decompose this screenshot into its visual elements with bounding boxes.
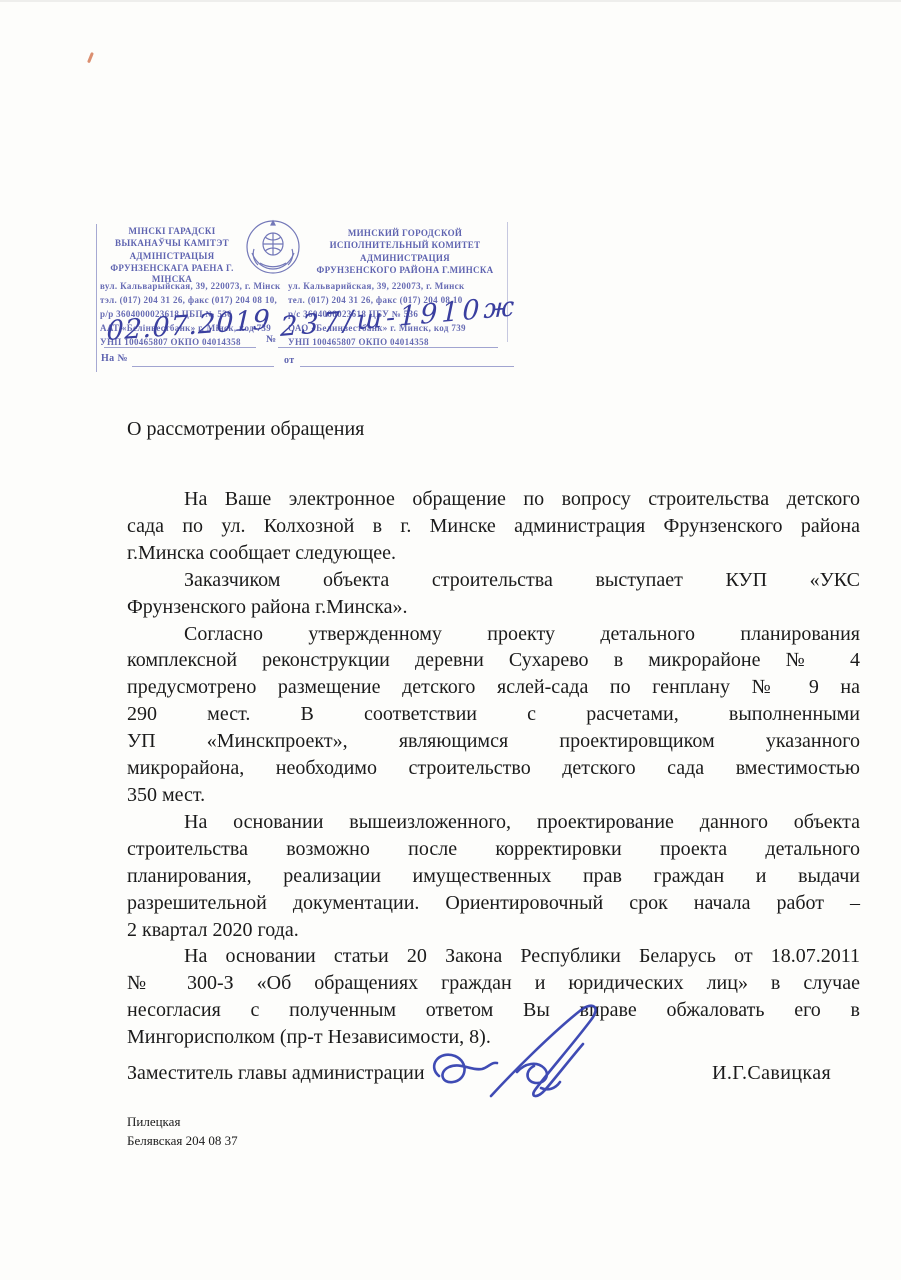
signer-position-label: Заместитель главы администрации: [127, 1062, 425, 1085]
paragraph: Заказчиком объекта строительства выступа…: [127, 567, 860, 621]
org-line: АДМІНІСТРАЦЫЯ: [98, 251, 246, 263]
stamp-border-right: [507, 222, 508, 342]
ot-label: от: [284, 355, 295, 366]
signer-name: И.Г.Савицкая: [712, 1062, 831, 1085]
org-line: АДМИНИСТРАЦИЯ: [304, 253, 506, 265]
address-line: ул. Кальварийская, 39, 220073, г. Минск: [288, 279, 506, 293]
text-line: 350 мест.: [127, 782, 860, 809]
text-line: Заказчиком объекта строительства выступа…: [127, 567, 860, 594]
number-field-underline: [278, 347, 498, 348]
text-line: микрорайона, необходимо строительство де…: [127, 755, 860, 782]
na-number-underline: [132, 366, 274, 367]
executor-block: Пилецкая Белявская 204 08 37: [127, 1112, 238, 1150]
letter-body: О рассмотрении обращения На Ваше электро…: [127, 416, 860, 1051]
text-line: строительства возможно после корректиров…: [127, 836, 860, 863]
text-line: предусмотрено размещение детского яслей-…: [127, 674, 860, 701]
text-line: 2 квартал 2020 года.: [127, 917, 860, 944]
text-line: г.Минска сообщает следующее.: [127, 540, 860, 567]
coat-of-arms-seal-icon: [244, 219, 302, 277]
scanned-letter-page: МІНСКІ ГАРАДСКІ ВЫКАНАЎЧЫ КАМІТЭТ АДМІНІ…: [0, 0, 901, 1280]
red-pen-mark: [87, 52, 93, 63]
na-number-label: На №: [101, 353, 128, 364]
letter-subject: О рассмотрении обращения: [127, 416, 860, 443]
letterhead-stamp: МІНСКІ ГАРАДСКІ ВЫКАНАЎЧЫ КАМІТЭТ АДМІНІ…: [96, 222, 508, 374]
org-name-russian: МИНСКИЙ ГОРОДСКОЙ ИСПОЛНИТЕЛЬНЫЙ КОМИТЕТ…: [304, 228, 506, 276]
stamp-border-left: [96, 224, 97, 372]
text-line: планирования, реализации имущественных п…: [127, 863, 860, 890]
date-field-underline: [104, 347, 256, 348]
org-name-belarusian: МІНСКІ ГАРАДСКІ ВЫКАНАЎЧЫ КАМІТЭТ АДМІНІ…: [98, 226, 246, 286]
text-line: Фрунзенского района г.Минска».: [127, 594, 860, 621]
text-line: На основании статьи 20 Закона Республики…: [127, 943, 860, 970]
signature-scribble-icon: [425, 1000, 615, 1110]
org-line: МИНСКИЙ ГОРОДСКОЙ: [304, 228, 506, 240]
text-line: комплексной реконструкции деревни Сухаре…: [127, 647, 860, 674]
org-line: ВЫКАНАЎЧЫ КАМІТЭТ: [98, 238, 246, 250]
text-line: На основании вышеизложенного, проектиров…: [127, 809, 860, 836]
text-line: 290 мест. В соответствии с расчетами, вы…: [127, 701, 860, 728]
number-label: №: [266, 334, 276, 345]
text-line: Согласно утвержденному проекту детальног…: [127, 621, 860, 648]
scan-artifact-edge: [0, 0, 901, 2]
text-line: разрешительной документации. Ориентирово…: [127, 890, 860, 917]
org-line: ИСПОЛНИТЕЛЬНЫЙ КОМИТЕТ: [304, 240, 506, 252]
paragraph: Согласно утвержденному проекту детальног…: [127, 621, 860, 809]
text-line: сада по ул. Колхозной в г. Минске админи…: [127, 513, 860, 540]
executor-line: Белявская 204 08 37: [127, 1131, 238, 1150]
paragraph: На Ваше электронное обращение по вопросу…: [127, 486, 860, 567]
text-line: № 300-З «Об обращениях граждан и юридиче…: [127, 970, 860, 997]
executor-line: Пилецкая: [127, 1112, 238, 1131]
org-line: МІНСКІ ГАРАДСКІ: [98, 226, 246, 238]
text-line: УП «Минскпроект», являющимся проектировщ…: [127, 728, 860, 755]
text-line: На Ваше электронное обращение по вопросу…: [127, 486, 860, 513]
address-line: вул. Кальварыйская, 39, 220073, г. Мінск: [100, 279, 284, 293]
paragraph: На основании вышеизложенного, проектиров…: [127, 809, 860, 944]
ot-underline: [300, 366, 514, 367]
org-line: ФРУНЗЕНСКОГО РАЙОНА Г.МИНСКА: [304, 265, 506, 277]
body-paragraphs: На Ваше электронное обращение по вопросу…: [127, 486, 860, 1051]
